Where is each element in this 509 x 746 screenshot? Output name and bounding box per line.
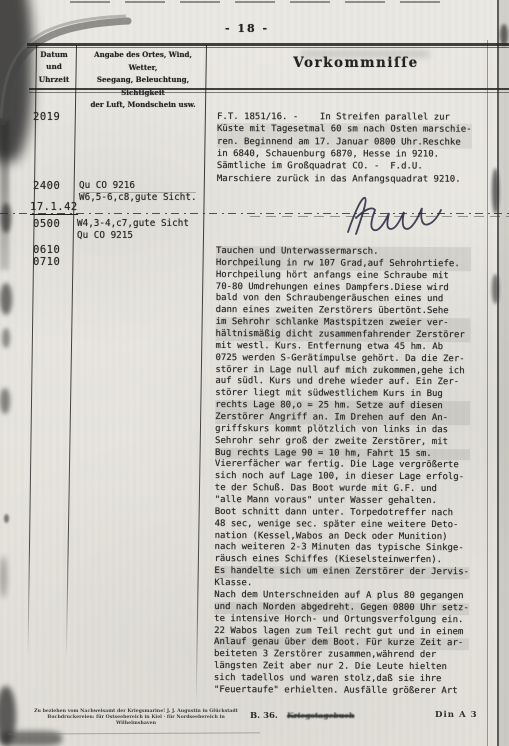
scan-blot: [4, 514, 9, 523]
text-line: Küste mit Tagesetmal 60 sm nach Osten ma…: [217, 123, 472, 136]
scan-blot: [0, 283, 12, 315]
header-line: der Luft, Mondschein usw.: [79, 99, 207, 112]
scan-bottom-line: [8, 732, 260, 734]
text-line: Sämtliche im Großquadrat CO. - F.d.U.: [217, 160, 472, 173]
printer-imprint: Zu beziehen vom Nachweisamt der Kriegsma…: [27, 709, 245, 727]
form-number: B. 36.: [250, 711, 278, 721]
entry-time-2400: 2400: [33, 180, 60, 192]
text-line: 48 sec, wenige sec. später eine weitere …: [215, 519, 470, 532]
text-line: te intensive Horch- und Ortungsverfolgun…: [214, 614, 469, 627]
scan-blot: [2, 328, 10, 348]
text-line: griffskurs kommt plötzlich von links in …: [215, 424, 470, 437]
header-datum-uhrzeit: DatumundUhrzeit: [31, 49, 77, 86]
text-line: W4,3-4,c7,gute Sicht: [77, 218, 189, 230]
text-line: F.T. 1851/16. - In Streifen parallel zur: [217, 111, 472, 124]
text-line: ren. Beginnend am 17. Januar 0800 Uhr.Re…: [217, 136, 472, 149]
paper-size-label: Din A 3: [435, 710, 478, 720]
header-line: Angabe des Ortes, Wind, Wetter,: [79, 49, 207, 74]
paper-edge-line: [487, 40, 488, 746]
text-line: W6,5-6,c8,gute Sicht.: [79, 192, 197, 204]
entry-text-attack-report: Tauchen und Unterwassermarsch.Horchpeilu…: [214, 246, 471, 698]
header-line: Uhrzeit: [31, 74, 77, 86]
entry-position-2400: Qu CO 9216W6,5-6,c8,gute Sicht.: [79, 180, 197, 205]
struck-through-word: Kriegstagebuch: [287, 711, 355, 720]
scan-blot: [0, 556, 7, 598]
text-line: mit westl. Kurs. Entfernung etwa 45 hm. …: [215, 341, 470, 354]
text-line: sich tadellos und waren stolz,daß sie ih…: [214, 673, 469, 686]
text-line: 0725 werden S-Gerätimpulse gehört. Da di…: [215, 353, 470, 366]
header-line: Datum: [31, 49, 77, 61]
text-line: Marschiere zurück in das Anfangsquadrat …: [217, 173, 472, 186]
header-line: und: [31, 61, 77, 73]
text-line: Sehrohr sehr groß der zweite Zerstörer, …: [215, 436, 470, 449]
text-line: Tauchen und Unterwassermarsch.: [216, 246, 471, 259]
scan-blot: [0, 388, 10, 414]
text-line: Nach dem Unterschneiden auf A plus 80 ge…: [214, 590, 469, 603]
signature-handwriting: [334, 186, 466, 246]
text-line: Boot schnitt dann unter. Torpedotreffer …: [215, 507, 470, 520]
text-line: Horchpeilung hört anfangs eine Schraube …: [216, 270, 471, 283]
text-line: Qu CO 9215: [77, 230, 189, 242]
scan-blot: [1, 203, 11, 233]
entry-time-2019: 2019: [33, 111, 60, 123]
entry-position-0500: W4,3-4,c7,gute SichtQu CO 9215: [77, 218, 189, 243]
entry-time-0500: 0500: [33, 218, 60, 230]
text-line: "Feuertaufe" erhielten. Ausfälle größere…: [214, 685, 469, 698]
entry-text-radio-message: F.T. 1851/16. - In Streifen parallel zur…: [217, 111, 472, 186]
scan-edge-artifact: [499, 0, 509, 746]
text-line: Qu CO 9216: [79, 180, 197, 192]
text-line: in 6840, Schauenburg 6870, Hesse in 9210…: [217, 148, 472, 161]
scan-blot: [492, 274, 499, 304]
scan-edge-artifact: [0, 120, 9, 270]
scan-blot: [492, 168, 499, 214]
text-line: Zerstörer Angriff an. Im Drehen auf den …: [215, 412, 470, 425]
table-top-rule: [27, 43, 509, 46]
header-ort-wetter: Angabe des Ortes, Wind, Wetter,Seegang, …: [79, 49, 207, 112]
page-number: - 18 -: [206, 22, 288, 35]
text-line: Es handelte sich um einen Zerstörer der …: [214, 566, 469, 579]
header-line: Seegang, Beleuchtung, Sichtigkeit: [79, 74, 207, 99]
header-vorkommnisse: Vorkommniſſe: [210, 55, 502, 71]
war-diary-scan-page: - 18 - DatumundUhrzeit Angabe des Ortes,…: [0, 0, 509, 746]
imprint-line: Buchdruckereien: für Ostseebereich in Ki…: [27, 715, 245, 727]
entry-time-0610: 0610: [33, 244, 60, 256]
text-line: und nach Norden abgedreht. Gegen 0800 Uh…: [214, 602, 469, 615]
text-line: hältnismäßig dicht zusammenfahrender Zer…: [216, 329, 471, 342]
table-top-rule: [27, 47, 509, 48]
entry-time-0710: 0710: [33, 256, 60, 268]
scan-edge-artifact: [70, 1, 450, 3]
text-line: Horchpeilung in rw 107 Grad,auf Sehrohrt…: [216, 258, 471, 271]
column-divider: [196, 45, 208, 702]
